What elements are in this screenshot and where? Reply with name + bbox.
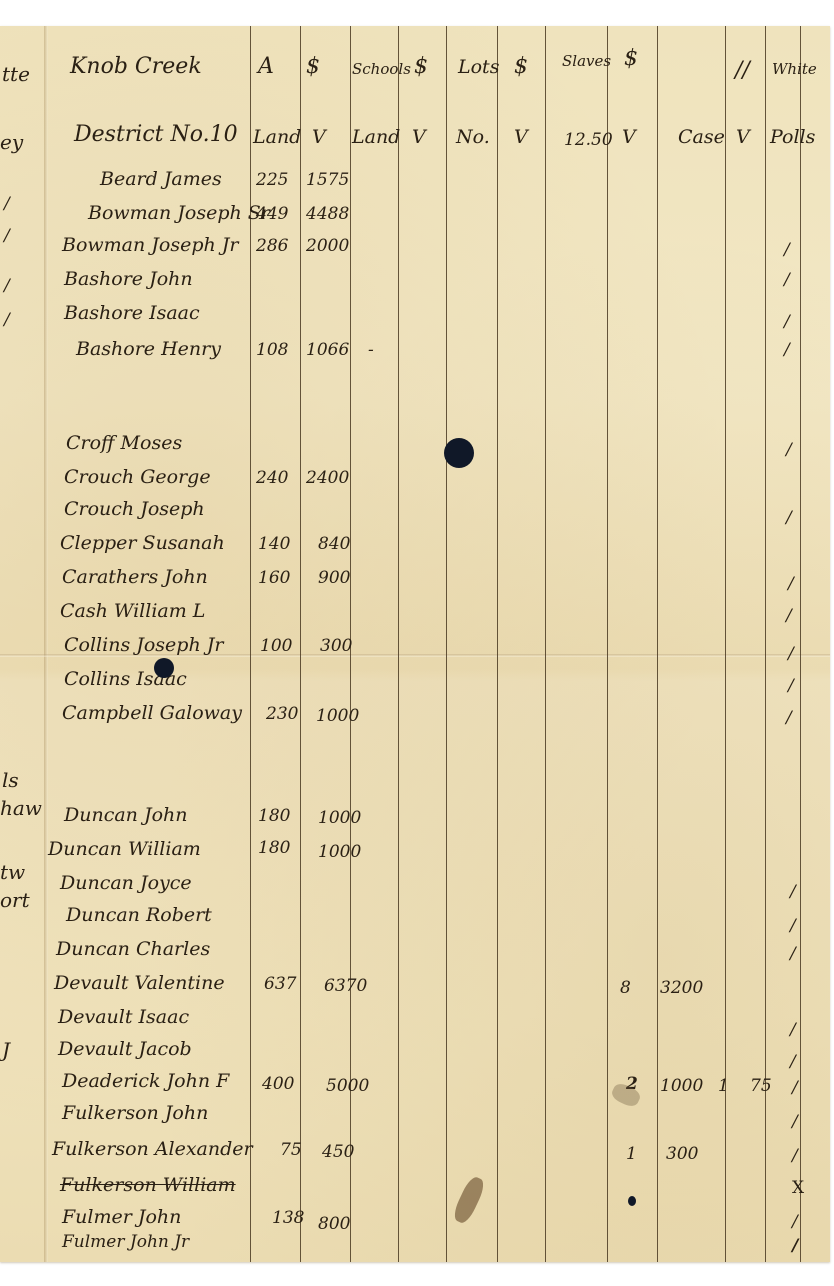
taxpayer-name: Clepper Susanah: [60, 532, 225, 554]
taxpayer-name: Bashore John: [64, 268, 193, 290]
column-rule: [497, 26, 498, 1262]
taxpayer-name: Duncan John: [64, 804, 187, 826]
column-rule: [657, 26, 658, 1262]
acres: 180: [258, 838, 290, 858]
column-subheader: V: [312, 126, 326, 148]
acres: 160: [258, 568, 290, 588]
poll-mark: /: [784, 240, 790, 260]
margin-fragment: J: [2, 1038, 10, 1062]
ink-blot: [628, 1196, 636, 1206]
ink-blot: [154, 658, 174, 678]
column-rule: [398, 26, 399, 1262]
column-header: Schools: [352, 60, 411, 78]
column-header: A: [258, 54, 274, 79]
taxpayer-name: Devault Valentine: [54, 972, 225, 994]
taxpayer-name: Fulkerson Alexander: [52, 1138, 253, 1160]
poll-mark: /: [792, 1112, 798, 1132]
ink-blot: [444, 438, 474, 468]
poll-mark: /: [790, 944, 796, 964]
poll-mark: /: [786, 508, 792, 528]
column-subheader: No.: [456, 126, 490, 148]
poll-mark: /: [786, 708, 792, 728]
poll-mark: /: [786, 440, 792, 460]
land-value: 840: [318, 534, 350, 554]
poll-mark: /: [790, 882, 796, 902]
acres: 225: [256, 170, 288, 190]
ledger-page: tte ey ls haw tw ort J / / / / Knob Cree…: [0, 26, 830, 1262]
land-value: 800: [318, 1214, 350, 1234]
poll-mark: /: [788, 676, 794, 696]
acres: 637: [264, 974, 296, 994]
case-count: 1: [718, 1076, 729, 1096]
acres: 180: [258, 806, 290, 826]
column-rule: [607, 26, 608, 1262]
poll-mark: /: [788, 574, 794, 594]
column-header: Lots: [458, 56, 499, 78]
slave-value: 3200: [660, 978, 703, 998]
acres: 140: [258, 534, 290, 554]
acres: 75: [280, 1140, 302, 1160]
margin-fragment: tw: [0, 860, 25, 884]
taxpayer-name: Duncan Robert: [66, 904, 212, 926]
poll-mark: /: [790, 1020, 796, 1040]
taxpayer-name: Crouch Joseph: [64, 498, 205, 520]
margin-fragment: haw: [0, 796, 42, 820]
column-subheader: Land: [253, 126, 301, 148]
column-subheader: V: [514, 126, 528, 148]
column-header: $: [514, 54, 528, 79]
land-value: 1000: [318, 808, 361, 828]
acres: 100: [260, 636, 292, 656]
taxpayer-name: Crouch George: [64, 466, 211, 488]
slave-count: 8: [620, 978, 631, 998]
column-rule: [300, 26, 301, 1262]
margin-tick: /: [4, 194, 10, 214]
acres: 240: [256, 468, 288, 488]
poll-mark: /: [784, 340, 790, 360]
taxpayer-name: Devault Jacob: [58, 1038, 192, 1060]
column-header: $: [414, 54, 428, 79]
poll-mark: /: [792, 1078, 798, 1098]
acres: 400: [262, 1074, 294, 1094]
land-value: 300: [320, 636, 352, 656]
poll-mark: /: [786, 606, 792, 626]
margin-tick: /: [4, 226, 10, 246]
acres: 108: [256, 340, 288, 360]
column-rule: [800, 26, 801, 1262]
taxpayer-name: Duncan Joyce: [60, 872, 192, 894]
land-value: 1575: [306, 170, 349, 190]
column-rule: [545, 26, 546, 1262]
acres: 230: [266, 704, 298, 724]
poll-mark: /: [792, 1146, 798, 1166]
dash-mark: -: [368, 340, 374, 360]
vertical-fold: [44, 26, 48, 1262]
taxpayer-name: Deaderick John F: [62, 1070, 229, 1092]
poll-mark: /: [784, 270, 790, 290]
taxpayer-name: Fulkerson John: [62, 1102, 208, 1124]
land-value: 2000: [306, 236, 349, 256]
column-rule: [446, 26, 447, 1262]
acres: 286: [256, 236, 288, 256]
case-value: 75: [750, 1076, 772, 1096]
taxpayer-name: Fulmer John: [62, 1206, 181, 1228]
taxpayer-name: Croff Moses: [66, 432, 182, 454]
column-subheader: V: [622, 126, 636, 148]
taxpayer-name: Duncan William: [48, 838, 201, 860]
taxpayer-name: Bowman Joseph Sr: [88, 202, 270, 224]
taxpayer-name: Beard James: [100, 168, 222, 190]
column-header: $: [306, 54, 320, 79]
taxpayer-name: Devault Isaac: [58, 1006, 189, 1028]
poll-mark: /: [790, 916, 796, 936]
margin-tick: /: [4, 310, 10, 330]
column-header: White: [772, 60, 817, 78]
column-subheader: V: [412, 126, 426, 148]
poll-mark: /: [784, 312, 790, 332]
land-value: 5000: [326, 1076, 369, 1096]
poll-mark: /: [790, 1052, 796, 1072]
poll-mark: /: [792, 1212, 798, 1232]
acres: 138: [272, 1208, 304, 1228]
land-value: 2400: [306, 468, 349, 488]
column-subheader: Case: [678, 126, 725, 148]
taxpayer-name: Cash William L: [60, 600, 205, 622]
land-value: 1000: [316, 706, 359, 726]
acres: 449: [256, 204, 288, 224]
slave-value: 300: [666, 1144, 698, 1164]
ink-stain: [451, 1174, 488, 1225]
poll-mark: /: [792, 1236, 798, 1256]
margin-fragment: ort: [0, 888, 30, 912]
margin-fragment: ey: [0, 130, 23, 154]
taxpayer-name: Duncan Charles: [56, 938, 210, 960]
land-value: 900: [318, 568, 350, 588]
column-subheader: 12.50: [564, 130, 613, 150]
slave-value: 1000: [660, 1076, 703, 1096]
column-header: $: [624, 46, 638, 71]
taxpayer-name: Bowman Joseph Jr: [62, 234, 238, 256]
taxpayer-name: Bashore Henry: [76, 338, 221, 360]
column-subheader: V: [736, 126, 750, 148]
margin-fragment: ls: [2, 768, 19, 792]
taxpayer-name: Bashore Isaac: [64, 302, 200, 324]
slave-count: 1: [626, 1144, 637, 1164]
column-subheader: Polls: [770, 126, 815, 148]
land-value: 6370: [324, 976, 367, 996]
land-value: 4488: [306, 204, 349, 224]
taxpayer-name: Carathers John: [62, 566, 208, 588]
taxpayer-name: Collins Joseph Jr: [64, 634, 223, 656]
poll-mark-cross: X: [792, 1178, 804, 1198]
ledger-title: Knob Creek: [70, 54, 202, 79]
taxpayer-name-struck: Fulkerson William: [60, 1174, 236, 1196]
taxpayer-name: Campbell Galoway: [62, 702, 242, 724]
district-label: Destrict No.10: [74, 122, 238, 147]
margin-fragment: tte: [2, 62, 30, 86]
poll-mark: /: [788, 644, 794, 664]
land-value: 1000: [318, 842, 361, 862]
land-value: 450: [322, 1142, 354, 1162]
taxpayer-name: Fulmer John Jr: [62, 1232, 189, 1252]
column-header: Slaves: [562, 52, 611, 70]
column-header: //: [735, 58, 750, 83]
column-subheader: Land: [352, 126, 400, 148]
land-value: 1066: [306, 340, 349, 360]
margin-tick: /: [4, 276, 10, 296]
